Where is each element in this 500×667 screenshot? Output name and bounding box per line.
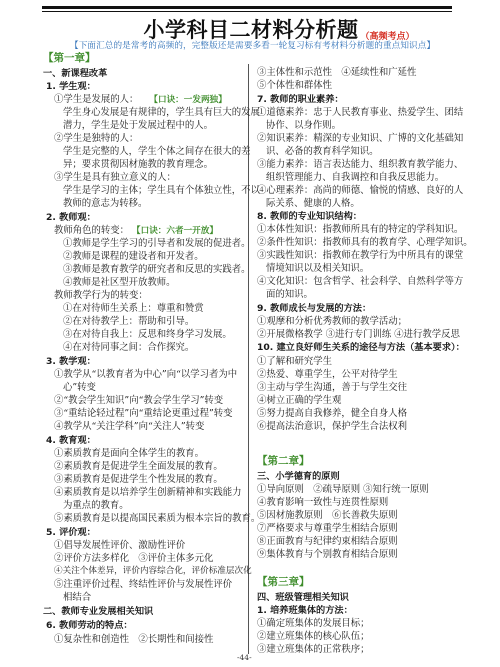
- list-text: ④教育影响一致性与连贯性原则: [257, 496, 388, 509]
- list-text: ②评价方法多样化 ③评价主体多元化: [54, 552, 213, 565]
- list-text: ②知识素养：精深的专业知识、广博的文化基础知: [257, 132, 463, 145]
- list-text: ④在对待同事之间：合作探究。: [63, 341, 194, 354]
- list-text: ①素质教育是面向全体学生的教育。: [54, 447, 204, 460]
- list-text: ②条件性知识：指教师具有的教育学、心理学知识。: [257, 236, 473, 249]
- list-text: 教师的意志为转移。: [63, 197, 147, 210]
- list-text: ①本体性知识：指教师所具有的特定的学科知识。: [257, 223, 463, 236]
- list-text: ①教学从“以教育者为中心”向“以学习者为中: [54, 368, 237, 381]
- list-text: ①导向原则 ②疏导原则 ③知行统一原则: [257, 483, 429, 496]
- list-text: 为重点的教育。: [63, 499, 129, 512]
- list-text: ⑤因材施教原则 ⑥长善救失原则: [257, 509, 398, 522]
- chapter-heading: 【第二章】: [257, 455, 310, 468]
- list-text: ④素质教育是以培养学生创新精神和实践能力: [54, 486, 242, 499]
- list-text: ③建立班集体的正常秩序；: [257, 643, 370, 656]
- list-text: ⑨集体教育与个别教育相结合原则: [257, 548, 398, 561]
- subsection-heading: 3. 教学观：: [46, 355, 96, 368]
- list-item: ①学生是发展的人： 【口诀：一发两独】: [54, 93, 227, 107]
- list-text: ③主动与学生沟通，善于与学生交往: [257, 381, 407, 394]
- list-text: ①确定班集体的发展目标；: [257, 617, 370, 630]
- subsection-heading: 8. 教师的专业知识结构：: [257, 210, 362, 223]
- list-text: 面的知识。: [266, 288, 313, 301]
- section-heading: 四、班级管理相关知识: [257, 591, 349, 604]
- subsection-heading: 4. 教育观：: [46, 434, 96, 447]
- list-text: ④教学从“关注学科”向“关注人”转变: [54, 420, 204, 433]
- list-text: ③教师是教育教学的研究者和反思的实践者。: [63, 263, 251, 276]
- list-text: ④树立正确的学生观: [257, 394, 341, 407]
- list-text: ③实践性知识：指教师在教学行为中所具有的课堂: [257, 249, 463, 262]
- list-text: ①教师是学生学习的引导者和发展的促进者。: [63, 237, 251, 250]
- list-text: ③能力素养：语言表达能力、组织教育教学能力、: [257, 158, 463, 171]
- list-text: ②开展微格教学 ③进行专门训练 ④进行教学反思: [257, 328, 460, 341]
- list-text: ④关注个体差异，评价内容综合化，评价标准层次化: [54, 565, 252, 578]
- list-text: ④教师是社区型开放教师。: [63, 276, 176, 289]
- list-text: ②教师是课程的建设者和开发者。: [63, 250, 204, 263]
- chapter-heading: 【第三章】: [257, 576, 310, 589]
- list-text: ⑦严格要求与尊重学生相结合原则: [257, 522, 398, 535]
- list-text: ③素质教育是促进学生个性发展的教育。: [54, 473, 223, 486]
- list-text: 相结合: [63, 591, 91, 604]
- list-text: ③在对待自我上：反思和终身学习发展。: [63, 328, 232, 341]
- subsection-heading: 2. 教师观：: [46, 211, 96, 224]
- list-text: 潜力，学生是处于发展过程中的人。: [63, 119, 213, 132]
- list-text: ②“教会学生知识”向“教会学生学习”转变: [54, 394, 223, 407]
- subsection-heading: 1. 培养班集体的方法：: [257, 604, 353, 617]
- list-text: ⑤个体性和群体性: [257, 79, 332, 92]
- list-text: ①观摩和分析优秀教师的教学活动；: [257, 315, 407, 328]
- chapter-heading: 【第一章】: [43, 52, 96, 65]
- subsection-heading: 1. 学生观：: [46, 80, 96, 93]
- list-text: 学生是完整的人，学生个体之间存在很大的差: [63, 145, 251, 158]
- subsection-heading: 9. 教师成长与发展的方法：: [257, 302, 371, 315]
- section-heading: 二、教师专业发展相关知识: [43, 605, 153, 618]
- mnemonic-badge: 【口诀：六者一开放】: [132, 226, 218, 236]
- subsection-heading: 7. 教师的职业素养：: [257, 93, 344, 106]
- list-text: ④文化知识：包含哲学、社会科学、自然科学等方: [257, 275, 463, 288]
- item-title: ②学生是独特的人：: [54, 132, 138, 145]
- list-text: ①倡导发展性评价、激励性评价: [54, 539, 185, 552]
- subsection-heading: 10. 建立良好师生关系的途径与方法（基本要求）：: [257, 341, 465, 354]
- item-title: ③学生是具有独立意义的人：: [54, 171, 176, 184]
- list-text: 心”转变: [63, 381, 96, 394]
- header-rule-thick: [42, 6, 452, 9]
- list-text: 学生是学习的主体；学生具有个体独立性，不以: [63, 184, 260, 197]
- list-text: ①了解和研究学生: [257, 355, 332, 368]
- section-heading: 一、新课程改革: [43, 67, 107, 80]
- list-text: ⑤努力提高自我修养，健全自身人格: [257, 407, 407, 420]
- list-text: ⑥提高法治意识，保护学生合法权利: [257, 420, 407, 433]
- item-title: 教师角色的转变：: [54, 225, 129, 236]
- list-text: ②素质教育是促进学生全面发展的教育。: [54, 460, 223, 473]
- list-text: ①复杂性和创造性 ②长期性和间接性: [54, 633, 213, 646]
- list-text: 协作、以身作则。: [266, 119, 341, 132]
- list-text: ②热爱、尊重学生，公平对待学生: [257, 368, 398, 381]
- item-title: ①学生是发展的人：: [54, 94, 138, 105]
- subsection-heading: 5. 评价观：: [46, 526, 96, 539]
- subsection-heading: 6. 教师劳动的特点：: [46, 619, 133, 632]
- item-title: 教师教学行为的转变：: [54, 289, 148, 302]
- list-text: 组织管理能力、自我调控和自我反思能力。: [266, 171, 444, 184]
- list-text: ①道德素养：忠于人民教育事业、热爱学生、团结: [257, 106, 463, 119]
- list-text: ②在对待教学上：帮助和引导。: [63, 315, 194, 328]
- section-heading: 三、小学德育的原则: [257, 470, 340, 483]
- list-text: 学生身心发展是有规律的，学生具有巨大的发展: [63, 106, 260, 119]
- list-text: ⑧正面教育与纪律约束相结合原则: [257, 535, 398, 548]
- list-text: 识、必备的教育科学知识。: [266, 145, 379, 158]
- list-text: ④心理素养：高尚的师德、愉悦的情感、良好的人: [257, 184, 463, 197]
- list-text: ②建立班集体的核心队伍；: [257, 630, 370, 643]
- mnemonic-badge: 【口诀：一发两独】: [149, 95, 226, 105]
- list-text: ⑤素质教育是以提高国民素质为根本宗旨的教育。: [54, 512, 260, 525]
- list-item: 教师角色的转变： 【口诀：六者一开放】: [54, 224, 218, 238]
- list-text: ⑤注重评价过程、终结性评价与发展性评价: [54, 578, 232, 591]
- list-text: 异；要求贯彻因材施教的教育理念。: [63, 158, 213, 171]
- list-text: ③主体性和示范性 ④延续性和广延性: [257, 66, 416, 79]
- list-text: 情境知识以及相关知识。: [266, 262, 369, 275]
- subtitle: 【下面汇总的是常考的高频的，完整版还是需要多看一轮复习标有考材料分析题的重点知识…: [70, 39, 470, 51]
- list-text: 际关系、健康的人格。: [266, 197, 360, 210]
- page-number: -44-: [237, 653, 252, 662]
- list-text: ①在对待师生关系上：尊重和赞赏: [63, 302, 204, 315]
- list-text: ③“重结论轻过程”向“重结论更重过程”转变: [54, 407, 233, 420]
- header-rule-thin: [42, 11, 452, 12]
